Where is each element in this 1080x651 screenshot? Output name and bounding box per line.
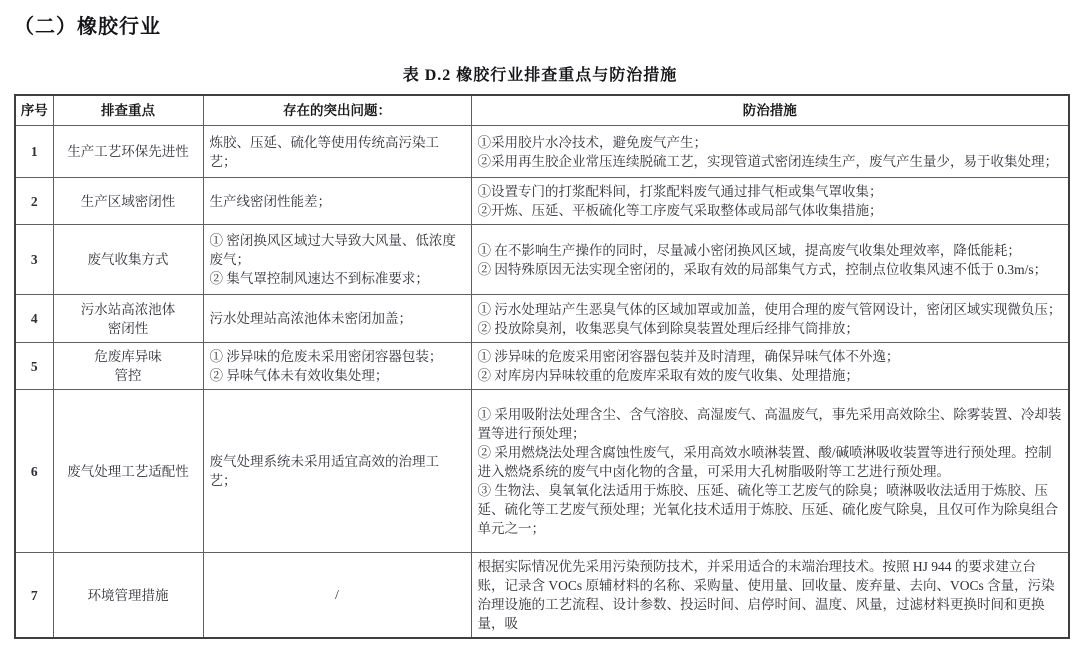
row-serial-no: 1: [15, 126, 53, 178]
table-row: 1生产工艺环保先进性炼胶、压延、硫化等使用传统高污染工艺；①采用胶片水冷技术，避…: [15, 126, 1069, 178]
row-problems: 废气处理系统未采用适宜高效的治理工艺；: [203, 390, 471, 553]
problem-line: 废气处理系统未采用适宜高效的治理工艺；: [210, 452, 465, 490]
measure-line: ② 对库房内异味较重的危废库采取有效的废气收集、处理措施；: [478, 366, 1063, 385]
problem-line: ① 涉异味的危废未采用密闭容器包装；: [210, 347, 465, 366]
problem-line: 污水处理站高浓池体未密闭加盖；: [210, 309, 465, 328]
header-focus: 排查重点: [53, 95, 203, 126]
header-problems: 存在的突出问题：: [203, 95, 471, 126]
table-row: 4污水站高浓池体 密闭性污水处理站高浓池体未密闭加盖；① 污水处理站产生恶臭气体…: [15, 295, 1069, 343]
row-serial-no: 2: [15, 178, 53, 225]
row-focus: 环境管理措施: [53, 553, 203, 639]
row-focus: 生产工艺环保先进性: [53, 126, 203, 178]
measure-line: ② 投放除臭剂，收集恶臭气体到除臭装置处理后经排气筒排放；: [478, 319, 1063, 338]
row-problems: 生产线密闭性能差；: [203, 178, 471, 225]
row-measures: ①采用胶片水冷技术，避免废气产生；②采用再生胶企业常压连续脱硫工艺，实现管道式密…: [471, 126, 1069, 178]
row-measures: ①设置专门的打浆配料间，打浆配料废气通过排气柜或集气罩收集；②开炼、压延、平板硫…: [471, 178, 1069, 225]
measure-line: ② 采用燃烧法处理含腐蚀性废气，采用高效水喷淋装置、酸/碱喷淋吸收装置等进行预处…: [478, 443, 1063, 481]
row-serial-no: 5: [15, 343, 53, 390]
row-measures: ① 在不影响生产操作的同时，尽量减小密闭换风区域，提高废气收集处理效率，降低能耗…: [471, 225, 1069, 295]
table-row: 3废气收集方式① 密闭换风区域过大导致大风量、低浓度废气；② 集气罩控制风速达不…: [15, 225, 1069, 295]
measure-line: ① 涉异味的危废采用密闭容器包装并及时清理，确保异味气体不外逸；: [478, 347, 1063, 366]
row-measures: ① 采用吸附法处理含尘、含气溶胶、高湿废气、高温废气，事先采用高效除尘、除雾装置…: [471, 390, 1069, 553]
table-header-row: 序号 排查重点 存在的突出问题： 防治措施: [15, 95, 1069, 126]
table-title: 表 D.2 橡胶行业排查重点与防治措施: [0, 62, 1080, 85]
inspection-table: 序号 排查重点 存在的突出问题： 防治措施 1生产工艺环保先进性炼胶、压延、硫化…: [14, 94, 1070, 639]
problem-line: 炼胶、压延、硫化等使用传统高污染工艺；: [210, 133, 465, 171]
measure-line: ① 污水处理站产生恶臭气体的区域加罩或加盖，使用合理的废气管网设计，密闭区域实现…: [478, 300, 1063, 319]
row-serial-no: 3: [15, 225, 53, 295]
row-problems: ① 密闭换风区域过大导致大风量、低浓度废气；② 集气罩控制风速达不到标准要求；: [203, 225, 471, 295]
row-measures: 根据实际情况优先采用污染预防技术，并采用适合的末端治理技术。按照 HJ 944 …: [471, 553, 1069, 639]
row-focus: 危废库异味 管控: [53, 343, 203, 390]
row-measures: ① 涉异味的危废采用密闭容器包装并及时清理，确保异味气体不外逸；② 对库房内异味…: [471, 343, 1069, 390]
row-problems: 炼胶、压延、硫化等使用传统高污染工艺；: [203, 126, 471, 178]
measure-line: ②采用再生胶企业常压连续脱硫工艺，实现管道式密闭连续生产，废气产生量少，易于收集…: [478, 152, 1063, 171]
problem-line: 生产线密闭性能差；: [210, 192, 465, 211]
row-focus: 污水站高浓池体 密闭性: [53, 295, 203, 343]
row-focus: 废气处理工艺适配性: [53, 390, 203, 553]
table-row: 7环境管理措施/根据实际情况优先采用污染预防技术，并采用适合的末端治理技术。按照…: [15, 553, 1069, 639]
row-measures: ① 污水处理站产生恶臭气体的区域加罩或加盖，使用合理的废气管网设计，密闭区域实现…: [471, 295, 1069, 343]
measure-line: ① 采用吸附法处理含尘、含气溶胶、高湿废气、高温废气，事先采用高效除尘、除雾装置…: [478, 405, 1063, 443]
header-measures: 防治措施: [471, 95, 1069, 126]
section-heading: （二）橡胶行业: [14, 10, 161, 39]
measure-line: ①采用胶片水冷技术，避免废气产生；: [478, 133, 1063, 152]
table-row: 2生产区域密闭性生产线密闭性能差；①设置专门的打浆配料间，打浆配料废气通过排气柜…: [15, 178, 1069, 225]
row-problems: ① 涉异味的危废未采用密闭容器包装；② 异味气体未有效收集处理；: [203, 343, 471, 390]
document-page: （二）橡胶行业 表 D.2 橡胶行业排查重点与防治措施 序号 排查重点 存在的突…: [0, 0, 1080, 651]
row-problems: /: [203, 553, 471, 639]
measure-line: ① 在不影响生产操作的同时，尽量减小密闭换风区域，提高废气收集处理效率，降低能耗…: [478, 241, 1063, 260]
header-serial-no: 序号: [15, 95, 53, 126]
problem-line: /: [210, 586, 465, 605]
table-row: 5危废库异味 管控① 涉异味的危废未采用密闭容器包装；② 异味气体未有效收集处理…: [15, 343, 1069, 390]
problem-line: ① 密闭换风区域过大导致大风量、低浓度废气；: [210, 231, 465, 269]
measure-line: ② 因特殊原因无法实现全密闭的，采取有效的局部集气方式，控制点位收集风速不低于 …: [478, 260, 1063, 279]
measure-line: ①设置专门的打浆配料间，打浆配料废气通过排气柜或集气罩收集；: [478, 182, 1063, 201]
measure-line: 根据实际情况优先采用污染预防技术，并采用适合的末端治理技术。按照 HJ 944 …: [478, 557, 1063, 633]
table-row: 6废气处理工艺适配性废气处理系统未采用适宜高效的治理工艺；① 采用吸附法处理含尘…: [15, 390, 1069, 553]
measure-line: ③ 生物法、臭氧氧化法适用于炼胶、压延、硫化等工艺废气的除臭；喷淋吸收法适用于炼…: [478, 481, 1063, 538]
row-problems: 污水处理站高浓池体未密闭加盖；: [203, 295, 471, 343]
problem-line: ② 集气罩控制风速达不到标准要求；: [210, 269, 465, 288]
row-serial-no: 6: [15, 390, 53, 553]
row-focus: 生产区域密闭性: [53, 178, 203, 225]
table-body: 1生产工艺环保先进性炼胶、压延、硫化等使用传统高污染工艺；①采用胶片水冷技术，避…: [15, 126, 1069, 639]
row-serial-no: 4: [15, 295, 53, 343]
problem-line: ② 异味气体未有效收集处理；: [210, 366, 465, 385]
row-serial-no: 7: [15, 553, 53, 639]
row-focus: 废气收集方式: [53, 225, 203, 295]
measure-line: ②开炼、压延、平板硫化等工序废气采取整体或局部气体收集措施；: [478, 201, 1063, 220]
